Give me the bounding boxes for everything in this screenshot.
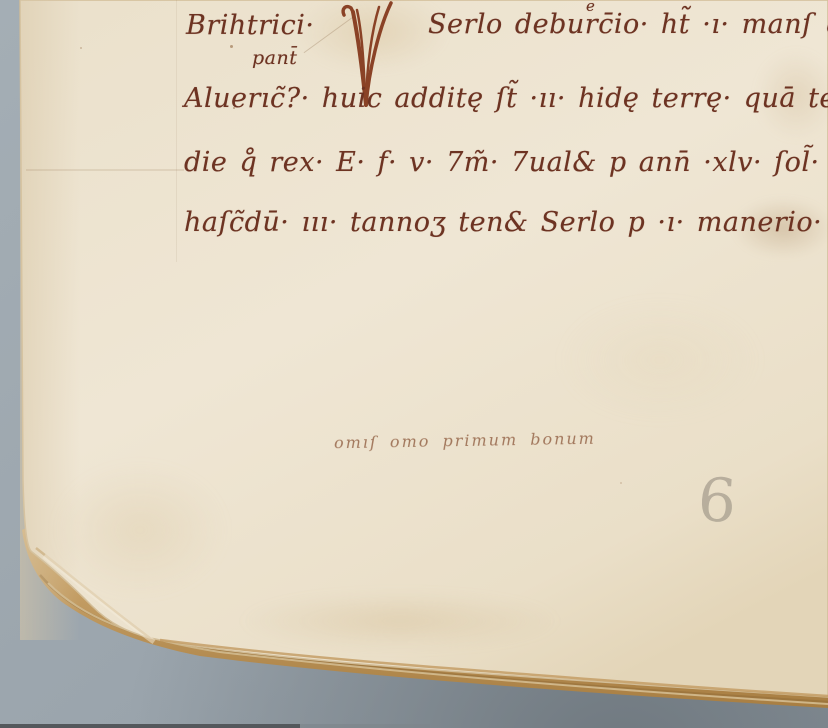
- ink-speck: [80, 47, 82, 49]
- bottom-dark-strip: [0, 724, 300, 728]
- parchment-left-shading: [20, 0, 80, 640]
- text-line1-main: Serlo deburc̄io· ht̃ ·ı· manſ q̃ uoca: [428, 9, 828, 40]
- folio-number-pencil: 6: [696, 465, 739, 537]
- ink-speck: [230, 45, 233, 48]
- text-line1-superscript: e: [586, 0, 595, 15]
- text-line3: die q̊ rex· E· f· v· 7m̃· 7ual& p ann̄ ·…: [184, 147, 828, 178]
- text-line2: Aluerıc̃?· huic additę ſt̃ ·ıı· hidę ter…: [184, 83, 828, 114]
- bottom-dark-strip-fade: [300, 724, 430, 728]
- text-line1-interlinear: pant̄: [252, 47, 297, 69]
- text-line4: haſc̃dū· ııı· tannoʒ ten& Serlo p ·ı· ma…: [184, 207, 822, 238]
- ruling-line-vertical: [176, 0, 177, 262]
- manuscript-photo: Brihtrici· pant̄ Serlo deburc̄io· ht̃ ·ı…: [0, 0, 828, 728]
- ink-speck: [620, 482, 622, 484]
- ruling-line-horizontal: [26, 169, 184, 171]
- text-line1-name: Brihtrici·: [186, 10, 315, 41]
